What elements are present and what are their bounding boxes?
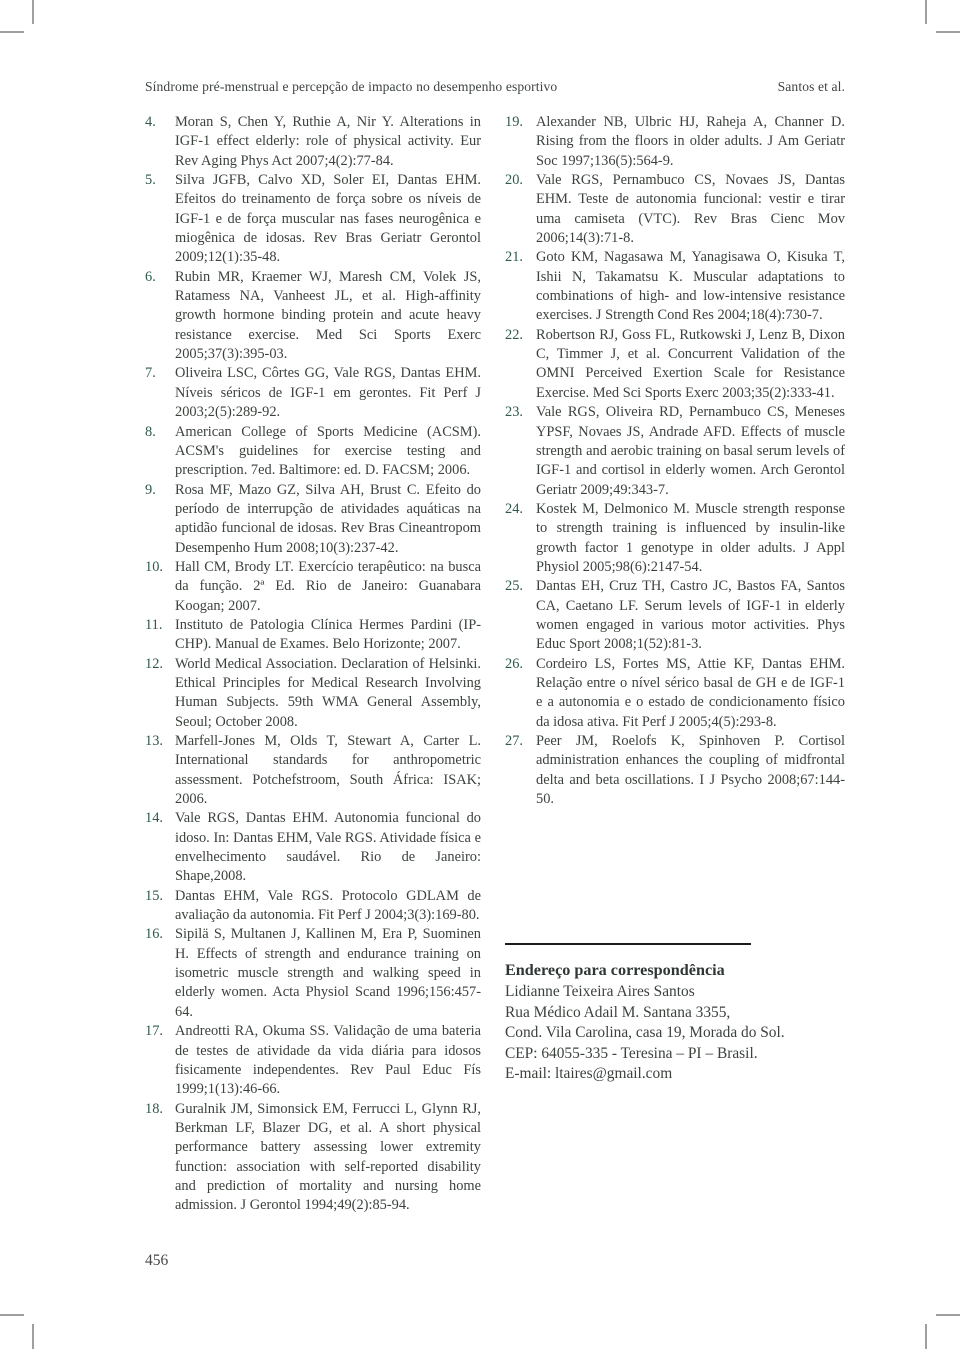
crop-mark-icon	[936, 31, 960, 33]
reference-item: 22.Robertson RJ, Goss FL, Rutkowski J, L…	[505, 326, 845, 403]
reference-item: 4.Moran S, Chen Y, Ruthie A, Nir Y. Alte…	[145, 113, 481, 171]
reference-number: 26.	[505, 655, 523, 674]
reference-item: 12.World Medical Association. Declaratio…	[145, 655, 481, 732]
reference-text: Instituto de Patologia Clínica Hermes Pa…	[175, 617, 481, 652]
reference-item: 9.Rosa MF, Mazo GZ, Silva AH, Brust C. E…	[145, 481, 481, 558]
reference-text: Rosa MF, Mazo GZ, Silva AH, Brust C. Efe…	[175, 482, 481, 556]
reference-text: Hall CM, Brody LT. Exercício terapêutico…	[175, 559, 481, 614]
reference-text: Oliveira LSC, Côrtes GG, Vale RGS, Danta…	[175, 365, 481, 420]
reference-item: 5.Silva JGFB, Calvo XD, Soler EI, Dantas…	[145, 171, 481, 268]
reference-number: 11.	[145, 616, 162, 635]
reference-number: 19.	[505, 113, 523, 132]
reference-number: 13.	[145, 732, 163, 751]
reference-number: 16.	[145, 925, 163, 944]
reference-number: 23.	[505, 403, 523, 422]
reference-item: 14.Vale RGS, Dantas EHM. Autonomia funci…	[145, 809, 481, 886]
reference-number: 24.	[505, 500, 523, 519]
crop-mark-icon	[925, 1324, 927, 1349]
reference-number: 9.	[145, 481, 156, 500]
reference-text: Vale RGS, Pernambuco CS, Novaes JS, Dant…	[536, 172, 845, 246]
correspondence-email: E-mail: ltaires@gmail.com	[505, 1064, 850, 1085]
references-left-column: 4.Moran S, Chen Y, Ruthie A, Nir Y. Alte…	[145, 113, 481, 1216]
reference-number: 14.	[145, 809, 163, 828]
reference-text: Peer JM, Roelofs K, Spinhoven P. Cortiso…	[536, 733, 845, 807]
reference-number: 20.	[505, 171, 523, 190]
reference-text: American College of Sports Medicine (ACS…	[175, 424, 481, 479]
reference-text: World Medical Association. Declaration o…	[175, 656, 481, 730]
reference-text: Alexander NB, Ulbric HJ, Raheja A, Chann…	[536, 114, 845, 169]
reference-item: 24.Kostek M, Delmonico M. Muscle strengt…	[505, 500, 845, 577]
reference-text: Rubin MR, Kraemer WJ, Maresh CM, Volek J…	[175, 269, 481, 362]
reference-number: 10.	[145, 558, 163, 577]
reference-text: Vale RGS, Oliveira RD, Pernambuco CS, Me…	[536, 404, 845, 497]
crop-mark-icon	[32, 1324, 34, 1349]
correspondence-cep: CEP: 64055-335 - Teresina – PI – Brasil.	[505, 1044, 850, 1065]
reference-item: 27.Peer JM, Roelofs K, Spinhoven P. Cort…	[505, 732, 845, 809]
reference-number: 7.	[145, 364, 156, 383]
reference-number: 21.	[505, 248, 523, 267]
reference-item: 7.Oliveira LSC, Côrtes GG, Vale RGS, Dan…	[145, 364, 481, 422]
running-header: Síndrome pré-menstrual e percepção de im…	[145, 79, 845, 95]
correspondence-block: Endereço para correspondência Lidianne T…	[505, 943, 850, 1085]
reference-item: 25.Dantas EH, Cruz TH, Castro JC, Bastos…	[505, 577, 845, 654]
reference-item: 10.Hall CM, Brody LT. Exercício terapêut…	[145, 558, 481, 616]
reference-number: 27.	[505, 732, 523, 751]
page-number: 456	[145, 1252, 168, 1270]
reference-item: 21.Goto KM, Nagasawa M, Yanagisawa O, Ki…	[505, 248, 845, 325]
reference-number: 17.	[145, 1022, 163, 1041]
reference-text: Andreotti RA, Okuma SS. Validação de uma…	[175, 1023, 481, 1097]
reference-number: 22.	[505, 326, 523, 345]
reference-item: 16.Sipilä S, Multanen J, Kallinen M, Era…	[145, 925, 481, 1022]
reference-text: Silva JGFB, Calvo XD, Soler EI, Dantas E…	[175, 172, 481, 265]
reference-item: 17.Andreotti RA, Okuma SS. Validação de …	[145, 1022, 481, 1099]
correspondence-street: Rua Médico Adail M. Santana 3355,	[505, 1003, 850, 1024]
reference-text: Dantas EHM, Vale RGS. Protocolo GDLAM de…	[175, 888, 481, 923]
reference-number: 12.	[145, 655, 163, 674]
reference-number: 8.	[145, 423, 156, 442]
running-author: Santos et al.	[778, 79, 845, 95]
reference-text: Kostek M, Delmonico M. Muscle strength r…	[536, 501, 845, 575]
crop-mark-icon	[0, 31, 24, 33]
reference-number: 25.	[505, 577, 523, 596]
reference-number: 5.	[145, 171, 156, 190]
crop-mark-icon	[32, 0, 34, 24]
running-title: Síndrome pré-menstrual e percepção de im…	[145, 79, 557, 95]
reference-item: 13.Marfell-Jones M, Olds T, Stewart A, C…	[145, 732, 481, 809]
reference-text: Vale RGS, Dantas EHM. Autonomia funciona…	[175, 810, 481, 884]
reference-item: 6.Rubin MR, Kraemer WJ, Maresh CM, Volek…	[145, 268, 481, 365]
reference-number: 18.	[145, 1100, 163, 1119]
reference-item: 20.Vale RGS, Pernambuco CS, Novaes JS, D…	[505, 171, 845, 248]
reference-item: 19.Alexander NB, Ulbric HJ, Raheja A, Ch…	[505, 113, 845, 171]
reference-number: 15.	[145, 887, 163, 906]
correspondence-name: Lidianne Teixeira Aires Santos	[505, 982, 850, 1003]
reference-text: Goto KM, Nagasawa M, Yanagisawa O, Kisuk…	[536, 249, 845, 323]
reference-item: 11.Instituto de Patologia Clínica Hermes…	[145, 616, 481, 655]
reference-number: 6.	[145, 268, 156, 287]
crop-mark-icon	[0, 1314, 24, 1316]
reference-text: Cordeiro LS, Fortes MS, Attie KF, Dantas…	[536, 656, 845, 730]
reference-item: 18.Guralnik JM, Simonsick EM, Ferrucci L…	[145, 1100, 481, 1216]
correspondence-address: Cond. Vila Carolina, casa 19, Morada do …	[505, 1023, 850, 1044]
reference-text: Marfell-Jones M, Olds T, Stewart A, Cart…	[175, 733, 481, 807]
reference-number: 4.	[145, 113, 156, 132]
reference-text: Robertson RJ, Goss FL, Rutkowski J, Lenz…	[536, 327, 845, 401]
correspondence-heading: Endereço para correspondência	[505, 960, 850, 981]
reference-text: Guralnik JM, Simonsick EM, Ferrucci L, G…	[175, 1101, 481, 1214]
paper-page: Síndrome pré-menstrual e percepção de im…	[0, 0, 960, 1349]
crop-mark-icon	[925, 0, 927, 24]
correspondence-rule	[505, 943, 751, 945]
reference-item: 15.Dantas EHM, Vale RGS. Protocolo GDLAM…	[145, 887, 481, 926]
reference-text: Moran S, Chen Y, Ruthie A, Nir Y. Altera…	[175, 114, 481, 169]
reference-item: 26.Cordeiro LS, Fortes MS, Attie KF, Dan…	[505, 655, 845, 732]
crop-mark-icon	[936, 1314, 960, 1316]
reference-item: 23.Vale RGS, Oliveira RD, Pernambuco CS,…	[505, 403, 845, 500]
reference-text: Sipilä S, Multanen J, Kallinen M, Era P,…	[175, 926, 481, 1019]
reference-item: 8.American College of Sports Medicine (A…	[145, 423, 481, 481]
reference-text: Dantas EH, Cruz TH, Castro JC, Bastos FA…	[536, 578, 845, 652]
